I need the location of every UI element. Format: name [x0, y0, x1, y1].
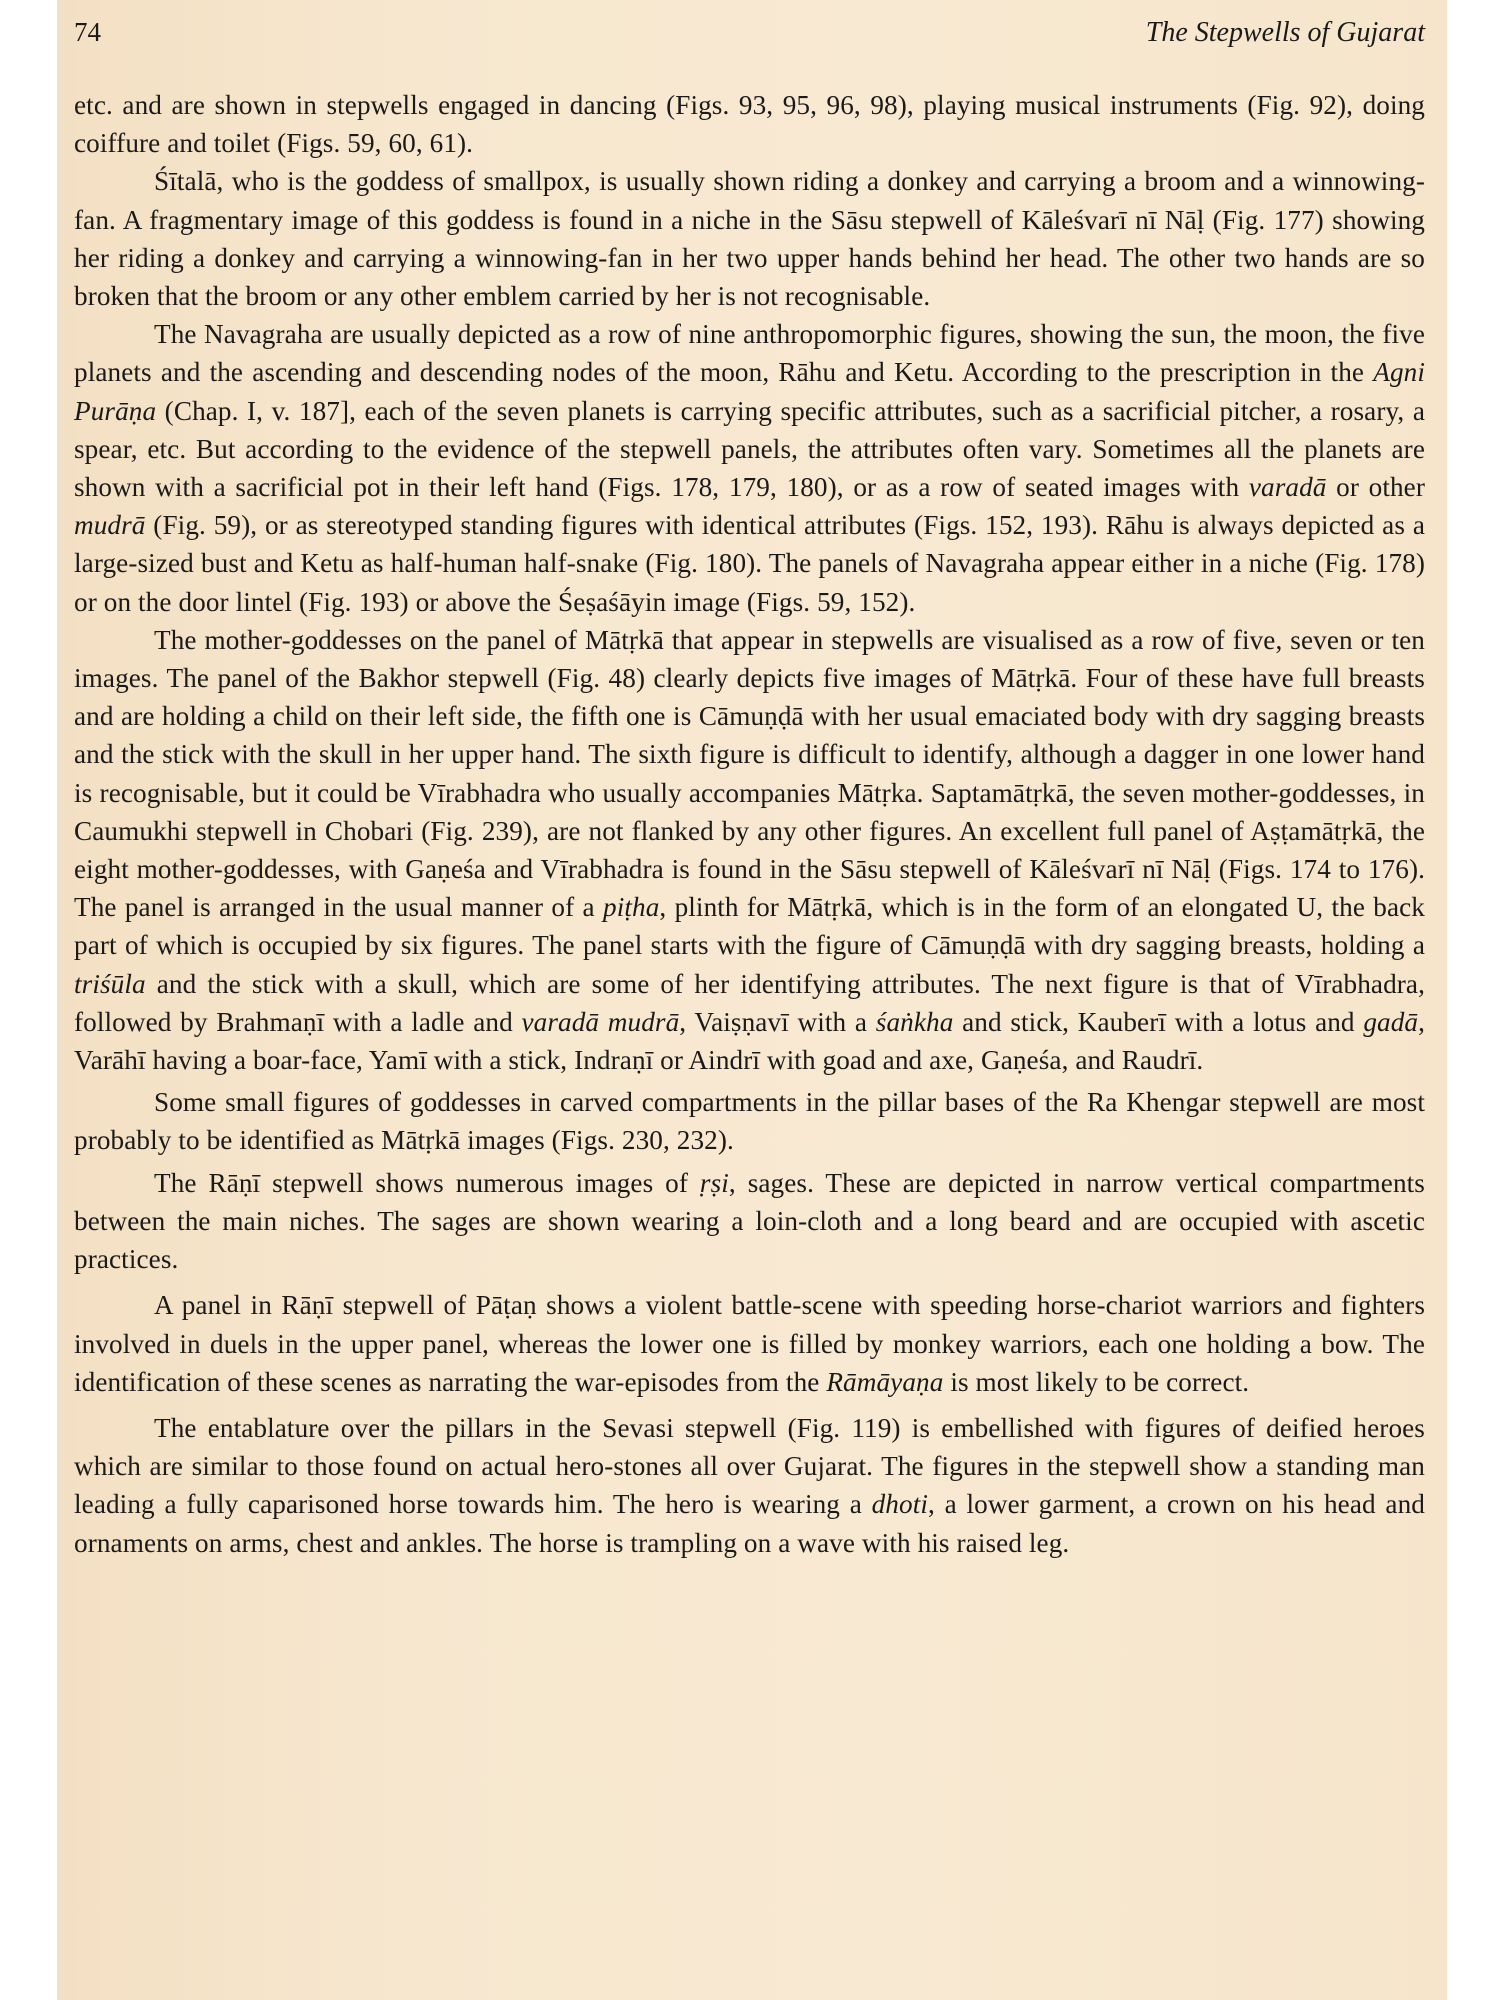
text-run: Śītalā, who is the goddess of smallpox, …: [74, 166, 1425, 311]
italic-term: gadā: [1363, 1007, 1418, 1037]
paragraph-rani-sages: The Rāṇī stepwell shows numerous images …: [74, 1164, 1425, 1279]
text-run: , Vaiṣṇavī with a: [679, 1007, 876, 1037]
text-run: (Fig. 59), or as stereotyped standing fi…: [74, 510, 1425, 616]
page-number: 74: [74, 17, 101, 48]
text-run: (Chap. I, v. 187], each of the seven pla…: [74, 396, 1425, 502]
paragraph-battle-scene: A panel in Rāṇī stepwell of Pāṭaṇ shows …: [74, 1286, 1425, 1401]
book-title: The Stepwells of Gujarat: [1146, 17, 1425, 49]
italic-term: Rāmāyaṇa: [826, 1367, 943, 1397]
paragraph-dancing-figures: etc. and are shown in stepwells engaged …: [74, 86, 1425, 162]
book-page: 74 The Stepwells of Gujarat etc. and are…: [57, 0, 1447, 2000]
italic-term: ṛṣi: [700, 1168, 729, 1198]
paragraph-hero-stones: The entablature over the pillars in the …: [74, 1409, 1425, 1562]
text-run: or other: [1326, 472, 1425, 502]
text-run: and stick, Kauberī with a lotus and: [953, 1007, 1363, 1037]
text-run: The mother-goddesses on the panel of Māt…: [74, 625, 1425, 922]
italic-term: śaṅkha: [876, 1007, 954, 1037]
text-run: etc. and are shown in stepwells engaged …: [74, 90, 1425, 158]
text-run: is most likely to be correct.: [943, 1367, 1249, 1397]
body-text: etc. and are shown in stepwells engaged …: [74, 86, 1425, 1562]
paragraph-ra-khengar: Some small figures of goddesses in carve…: [74, 1083, 1425, 1159]
italic-term: varadā: [1249, 472, 1327, 502]
paragraph-matrka: The mother-goddesses on the panel of Māt…: [74, 621, 1425, 1079]
italic-term: varadā mudrā: [521, 1007, 679, 1037]
paragraph-sitala: Śītalā, who is the goddess of smallpox, …: [74, 162, 1425, 315]
text-run: The Navagraha are usually depicted as a …: [74, 319, 1425, 387]
running-head: 74 The Stepwells of Gujarat: [74, 17, 1425, 53]
italic-term: piṭha: [603, 892, 659, 922]
paragraph-navagraha: The Navagraha are usually depicted as a …: [74, 315, 1425, 621]
italic-term: mudrā: [74, 510, 146, 540]
text-run: Some small figures of goddesses in carve…: [74, 1087, 1425, 1155]
text-run: The Rāṇī stepwell shows numerous images …: [154, 1168, 700, 1198]
italic-term: triśūla: [74, 969, 146, 999]
italic-term: dhoti: [872, 1489, 928, 1519]
